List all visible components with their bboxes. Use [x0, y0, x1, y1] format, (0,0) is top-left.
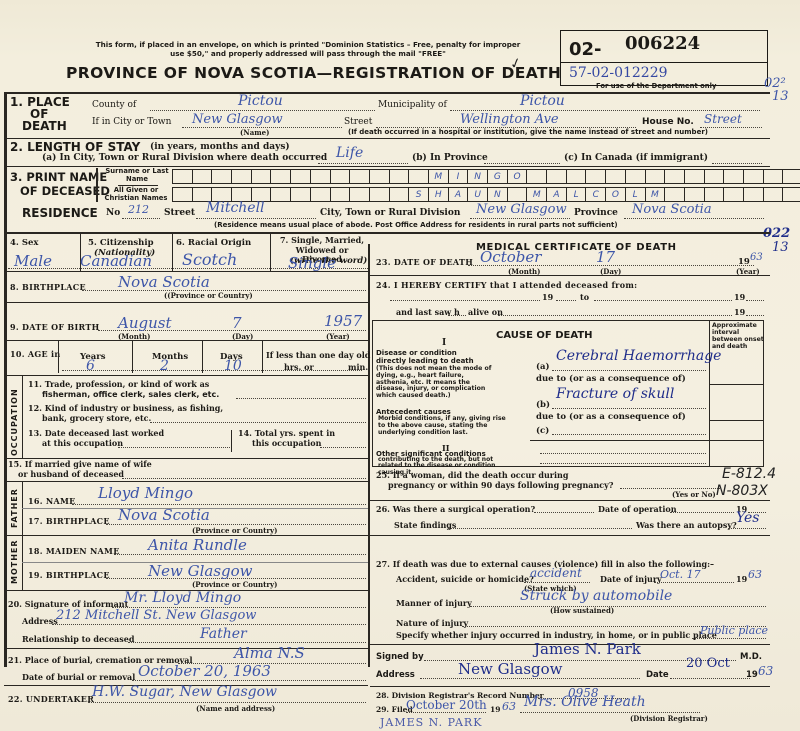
- q14-field[interactable]: [320, 447, 366, 448]
- given-name-letter-box[interactable]: [723, 187, 744, 202]
- due-to-1: due to (or as a consequence of): [536, 374, 686, 384]
- surname-letter-box[interactable]: [763, 169, 784, 184]
- autopsy-field[interactable]: [728, 528, 766, 529]
- hospital-note: (If death occurred in a hospital or inst…: [348, 128, 708, 136]
- filed-19: 19: [490, 705, 500, 714]
- residence-label: RESIDENCE: [22, 206, 98, 220]
- undertaker-value: H.W. Sugar, New Glasgow: [92, 684, 277, 700]
- marital-value: Single: [288, 254, 336, 272]
- given-name-letter-box[interactable]: [507, 187, 528, 202]
- informant-address-field[interactable]: [52, 624, 366, 625]
- house-label: House No.: [642, 117, 694, 127]
- name-caption: (Name): [240, 128, 269, 137]
- given-name-letter-box[interactable]: [763, 187, 784, 202]
- attended-from-year[interactable]: [556, 300, 576, 301]
- manner-value: Struck by automobile: [520, 588, 672, 604]
- less-than-day-label: If less than one day old: [266, 350, 370, 360]
- stay-canada-label: (c) In Canada (if immigrant): [564, 153, 708, 163]
- injury-19: 19: [736, 574, 747, 584]
- surname-letter-box[interactable]: [782, 169, 800, 184]
- stay-province-field[interactable]: [484, 163, 560, 164]
- given-name-letter-box[interactable]: [290, 187, 311, 202]
- surname-letter-box[interactable]: [270, 169, 291, 184]
- county-value: Pictou: [238, 93, 283, 109]
- given-name-letter-box[interactable]: M: [645, 187, 666, 202]
- stay-canada-field[interactable]: [712, 163, 762, 164]
- surname-letter-box[interactable]: G: [487, 169, 508, 184]
- attended-to-label: to: [580, 292, 589, 302]
- given-name-letter-box[interactable]: H: [428, 187, 449, 202]
- dod-day: 17: [596, 248, 615, 266]
- given-name-letter-box[interactable]: M: [526, 187, 547, 202]
- surname-letter-box[interactable]: [211, 169, 232, 184]
- undertaker-caption: (Name and address): [196, 704, 275, 713]
- burial-place-value: Alma N.S: [234, 644, 305, 662]
- specify-value: Public place: [700, 624, 768, 637]
- margin-code-mid2: 13: [772, 240, 789, 255]
- md-label: M.D.: [740, 652, 762, 662]
- citizenship-label: 5. Citizenship: [88, 238, 154, 248]
- burial-date-value: October 20, 1963: [138, 662, 271, 680]
- given-name-letter-box[interactable]: C: [585, 187, 606, 202]
- racial-origin-value: Scotch: [182, 250, 237, 269]
- mail-notice: This form, if placed in an envelope, on …: [58, 40, 558, 58]
- surname-letter-box[interactable]: [310, 169, 331, 184]
- street-value: Wellington Ave: [460, 112, 559, 127]
- surname-letter-box[interactable]: [566, 169, 587, 184]
- residence-no-field[interactable]: [122, 218, 160, 219]
- margin-code-top2: 13: [772, 89, 789, 104]
- death-registration-form: This form, if placed in an envelope, on …: [0, 0, 800, 731]
- age-months-value: 2: [160, 358, 169, 374]
- surname-letter-box[interactable]: [605, 169, 626, 184]
- filed-field[interactable]: [406, 712, 486, 713]
- burial-date-field[interactable]: [132, 680, 366, 681]
- cause-b-label: (b): [536, 400, 550, 410]
- yes-no-caption: (Yes or No): [672, 490, 716, 499]
- surname-label: Surname or Last Name: [104, 167, 170, 183]
- residence-note: (Residence means usual place of abode. P…: [214, 221, 618, 229]
- surname-boxes[interactable]: MINGO: [172, 169, 800, 184]
- section-length-of-stay: 2. LENGTH OF STAY: [10, 140, 140, 154]
- findings-field[interactable]: [448, 528, 632, 529]
- surname-letter-box[interactable]: [526, 169, 547, 184]
- informant-address-value: 212 Mitchell St. New Glasgow: [56, 608, 256, 623]
- residence-street-field[interactable]: [196, 218, 316, 219]
- father-side-label: FATHER: [10, 488, 19, 528]
- dod-month: October: [480, 248, 541, 266]
- interval-header: Approximate interval between onset and d…: [712, 322, 764, 350]
- given-names-boxes[interactable]: SHAUNMALCOLM: [172, 187, 800, 202]
- municipality-value: Pictou: [520, 93, 565, 109]
- given-name-letter-box[interactable]: [704, 187, 725, 202]
- cause-title: CAUSE OF DEATH: [496, 330, 593, 341]
- mother-birthplace-value: New Glasgow: [148, 562, 253, 580]
- given-name-letter-box[interactable]: [330, 187, 351, 202]
- cause-c-label: (c): [536, 426, 549, 436]
- autopsy-label: Was there an autopsy?: [636, 520, 737, 530]
- surname-letter-box[interactable]: [330, 169, 351, 184]
- given-name-letter-box[interactable]: S: [408, 187, 429, 202]
- given-name-letter-box[interactable]: A: [546, 187, 567, 202]
- given-name-letter-box[interactable]: A: [448, 187, 469, 202]
- injury-year: 63: [748, 568, 762, 581]
- relationship-label: Relationship to deceased: [22, 634, 134, 644]
- given-name-letter-box[interactable]: [664, 187, 685, 202]
- attended-from-19: 19: [542, 292, 553, 302]
- accident-field[interactable]: [524, 582, 590, 583]
- age-label: 10. AGE in: [10, 349, 60, 359]
- undertaker-field[interactable]: [88, 702, 366, 703]
- q12-label: 12. Kind of industry or business, as fis…: [28, 404, 223, 423]
- surname-letter-box[interactable]: N: [467, 169, 488, 184]
- maiden-name-field[interactable]: [114, 554, 366, 555]
- surname-letter-box[interactable]: [664, 169, 685, 184]
- manner-label: Manner of injury: [396, 598, 472, 608]
- icd-code-n: N-803X: [716, 483, 768, 499]
- age-days-value: 10: [224, 358, 242, 374]
- q14-label: 14. Total yrs. spent in this occupation: [238, 429, 335, 448]
- icd-code-e: E-812.4: [722, 466, 776, 482]
- city-label: If in City or Town: [92, 117, 171, 127]
- cert-address-value: New Glasgow: [458, 660, 563, 678]
- surname-letter-box[interactable]: [743, 169, 764, 184]
- father-birthplace-field[interactable]: [106, 524, 366, 525]
- given-name-letter-box[interactable]: U: [467, 187, 488, 202]
- surname-letter-box[interactable]: [251, 169, 272, 184]
- residence-street-label: Street: [164, 208, 195, 218]
- mail-notice-line1: This form, if placed in an envelope, on …: [58, 40, 558, 49]
- maiden-name-value: Anita Rundle: [148, 536, 247, 554]
- other-conditions-field-1[interactable]: [540, 453, 706, 454]
- birthplace-caption: ((Province or Country): [164, 291, 253, 300]
- citizenship-value: Canadian: [80, 252, 152, 270]
- dept-use-label: For use of the Department only: [596, 82, 716, 90]
- surname-letter-box[interactable]: M: [428, 169, 449, 184]
- given-name-letter-box[interactable]: [270, 187, 291, 202]
- maiden-name-label: 18. MAIDEN NAME: [28, 546, 120, 556]
- q25-label: 25. If a woman, did the death occur duri…: [376, 470, 614, 490]
- specify-label: Specify whether injury occurred in indus…: [396, 630, 717, 640]
- reg-prefix: 02-: [569, 39, 602, 60]
- spouse-field[interactable]: [122, 478, 366, 479]
- attended-to-year[interactable]: [746, 300, 764, 301]
- mother-birthplace-caption: (Province or Country): [192, 580, 277, 589]
- op-date-field[interactable]: [670, 512, 734, 513]
- last-saw-pronoun[interactable]: [448, 315, 466, 316]
- residence-province-field[interactable]: [624, 218, 764, 219]
- house-field[interactable]: [700, 127, 762, 128]
- registrar-value: Mrs. Olive Heath: [524, 694, 646, 710]
- q13-field[interactable]: [118, 447, 230, 448]
- mother-birthplace-label: 19. BIRTHPLACE: [28, 570, 110, 580]
- residence-no-label: No: [106, 208, 120, 218]
- stay-province-label: (b) In Province: [412, 153, 488, 163]
- surname-letter-box[interactable]: [625, 169, 646, 184]
- alive-on-field[interactable]: [498, 315, 732, 316]
- birthplace-value: Nova Scotia: [118, 273, 210, 291]
- father-name-label: 16. NAME: [28, 496, 76, 506]
- accident-label: Accident, suicide or homicide?: [396, 574, 534, 584]
- surname-letter-box[interactable]: O: [507, 169, 528, 184]
- filed-year: 63: [502, 700, 516, 713]
- printed-physician-name: JAMES N. PARK: [380, 716, 482, 729]
- cert-date-label: Date: [646, 670, 669, 680]
- section-place-of-death: 1. PLACEOFDEATH: [10, 96, 70, 132]
- cert-date-19: 19: [746, 670, 758, 680]
- surname-letter-box[interactable]: [172, 169, 193, 184]
- q11-label: 11. Trade, profession, or kind of work a…: [28, 380, 219, 399]
- registrar-field[interactable]: [520, 712, 700, 713]
- occupation-side-label: OCCUPATION: [10, 386, 19, 456]
- residence-city-value: New Glasgow: [476, 202, 567, 217]
- father-birthplace-value: Nova Scotia: [118, 506, 210, 524]
- father-birthplace-label: 17. BIRTHPLACE: [28, 516, 110, 526]
- given-name-letter-box[interactable]: O: [605, 187, 626, 202]
- municipality-label: Municipality of: [378, 100, 447, 110]
- surname-letter-box[interactable]: [704, 169, 725, 184]
- op-date-label: Date of operation: [598, 504, 677, 514]
- dod-year-prefix: 19: [738, 257, 750, 267]
- registrar-caption: (Division Registrar): [630, 714, 708, 723]
- part-one-label: I: [442, 338, 446, 348]
- residence-province-label: Province: [574, 208, 618, 218]
- surname-letter-box[interactable]: [192, 169, 213, 184]
- age-years-value: 6: [86, 358, 95, 374]
- reg-number: 006224: [625, 33, 700, 54]
- birthplace-label: 8. BIRTHPLACE: [10, 282, 86, 292]
- attended-to-field[interactable]: [594, 300, 732, 301]
- alive-on-year[interactable]: [746, 315, 764, 316]
- surname-letter-box[interactable]: [723, 169, 744, 184]
- undertaker-label: 22. UNDERTAKER: [8, 694, 94, 704]
- burial-date-label: Date of burial or removal: [22, 672, 135, 682]
- given-name-letter-box[interactable]: [369, 187, 390, 202]
- municipality-field[interactable]: [450, 110, 760, 111]
- filed-value: October 20th: [406, 698, 487, 712]
- residence-street-value: Mitchell: [206, 200, 265, 216]
- stay-city-label: (a) In City, Town or Rural Division wher…: [42, 153, 327, 163]
- how-sustained-caption: (How sustained): [550, 606, 614, 615]
- county-label: County of: [92, 100, 136, 110]
- attended-from-field[interactable]: [390, 300, 540, 301]
- surname-letter-box[interactable]: [290, 169, 311, 184]
- given-name-letter-box[interactable]: [743, 187, 764, 202]
- cert-date-field[interactable]: [670, 678, 750, 679]
- relationship-value: Father: [200, 626, 247, 642]
- injury-date-label: Date of injury: [600, 574, 662, 584]
- surgical-operation-field[interactable]: [534, 512, 594, 513]
- cause-a-label: (a): [536, 362, 550, 372]
- given-name-letter-box[interactable]: L: [625, 187, 646, 202]
- certify-label: 24. I HEREBY CERTIFY that I attended dec…: [376, 280, 637, 290]
- cause-b-field[interactable]: [552, 408, 706, 409]
- cause-b-value: Fracture of skull: [556, 386, 674, 402]
- dod-year: 63: [750, 252, 763, 263]
- given-names-label: All Given or Christian Names: [100, 186, 172, 202]
- surname-letter-box[interactable]: [684, 169, 705, 184]
- injury-date-value: Oct. 17: [660, 568, 701, 581]
- registration-number-box: 02- 006224 57-02-012229: [560, 30, 768, 86]
- dob-day: 7: [232, 314, 242, 332]
- given-name-letter-box[interactable]: L: [566, 187, 587, 202]
- q13-label: 13. Date deceased last worked at this oc…: [28, 429, 164, 448]
- surname-letter-box[interactable]: [231, 169, 252, 184]
- relationship-field[interactable]: [128, 642, 366, 643]
- due-to-2: due to (or as a consequence of): [536, 412, 686, 422]
- injury-date-field[interactable]: [654, 582, 734, 583]
- stay-city-value: Life: [336, 145, 363, 161]
- reg-handwritten-number: 57-02-012229: [569, 65, 668, 81]
- cert-address-label: Address: [376, 670, 415, 680]
- stay-city-field[interactable]: [318, 163, 408, 164]
- column-divider: [368, 244, 370, 667]
- sex-value: Male: [14, 252, 52, 270]
- surname-letter-box[interactable]: [546, 169, 567, 184]
- cert-date-year: 63: [758, 664, 773, 678]
- father-name-field[interactable]: [72, 504, 366, 505]
- mother-side-label: MOTHER: [10, 540, 19, 584]
- county-field[interactable]: [150, 110, 375, 111]
- other-conditions-field-2[interactable]: [540, 463, 706, 464]
- cause-c-field[interactable]: [552, 434, 706, 435]
- given-name-letter-box[interactable]: [349, 187, 370, 202]
- dob-label: 9. DATE OF BIRTH: [10, 322, 99, 332]
- father-birthplace-caption: (Province or Country): [192, 526, 277, 535]
- dod-label: 23. DATE OF DEATH: [376, 257, 473, 267]
- form-title: PROVINCE OF NOVA SCOTIA—REGISTRATION OF …: [66, 64, 561, 82]
- residence-city-label: City, Town or Rural Division: [320, 208, 460, 218]
- min-label: min.: [348, 362, 368, 372]
- cause-a-field[interactable]: [552, 370, 706, 371]
- given-name-letter-box[interactable]: [389, 187, 410, 202]
- q11-field[interactable]: [236, 398, 366, 399]
- residence-no-value: 212: [128, 203, 149, 216]
- given-name-letter-box[interactable]: [310, 187, 331, 202]
- informant-signature-value: Mr. Lloyd Mingo: [124, 590, 241, 606]
- surname-letter-box[interactable]: [389, 169, 410, 184]
- length-of-stay-hint: (in years, months and days): [150, 142, 290, 152]
- given-name-letter-box[interactable]: [782, 187, 800, 202]
- manner-field[interactable]: [470, 606, 766, 607]
- disease-label: Disease or condition directly leading to…: [376, 350, 476, 365]
- residence-city-field[interactable]: [470, 218, 570, 219]
- cert-address-field[interactable]: [420, 678, 640, 679]
- months-label: Months: [152, 352, 188, 362]
- cause-a-value: Cerebral Haemorrhage: [556, 348, 721, 364]
- attended-to-19: 19: [734, 292, 745, 302]
- dob-month: August: [118, 314, 171, 332]
- given-name-letter-box[interactable]: [172, 187, 193, 202]
- q15-label: 15. If married give name of wife or husb…: [8, 460, 152, 479]
- q25-field[interactable]: [620, 488, 720, 489]
- signed-by-label: Signed by: [376, 652, 424, 662]
- sex-label: 4. Sex: [10, 238, 38, 248]
- dob-year: 1957: [324, 312, 362, 330]
- surname-letter-box[interactable]: [645, 169, 666, 184]
- cert-date-value: 20 Oct: [686, 656, 730, 671]
- q12-field[interactable]: [150, 422, 366, 423]
- surname-letter-box[interactable]: I: [448, 169, 469, 184]
- autopsy-value: Yes: [736, 510, 760, 526]
- section-name-of-deceased: 3. PRINT NAMEOF DECEASED: [10, 170, 110, 198]
- hrs-label: hrs. or: [284, 362, 314, 372]
- nature-label: Nature of injury: [396, 618, 468, 628]
- q26-label: 26. Was there a surgical operation?: [376, 504, 535, 514]
- antecedent-note: Morbid conditions, if any, giving rise t…: [378, 416, 506, 436]
- surname-letter-box[interactable]: [585, 169, 606, 184]
- surname-letter-box[interactable]: [349, 169, 370, 184]
- house-value: Street: [704, 112, 742, 126]
- specify-field[interactable]: [692, 638, 766, 639]
- disease-note: (This does not mean the mode of dying, e…: [376, 366, 494, 400]
- city-value: New Glasgow: [192, 112, 283, 127]
- surname-letter-box[interactable]: [408, 169, 429, 184]
- signed-by-value: James N. Park: [534, 640, 641, 658]
- given-name-letter-box[interactable]: [684, 187, 705, 202]
- given-name-letter-box[interactable]: N: [487, 187, 508, 202]
- surname-letter-box[interactable]: [369, 169, 390, 184]
- street-label: Street: [344, 117, 372, 127]
- mail-notice-line2: use $50," and properly addressed will pa…: [58, 49, 558, 58]
- racial-origin-label: 6. Racial Origin: [176, 238, 251, 248]
- residence-province-value: Nova Scotia: [632, 202, 712, 217]
- alive-on-19: 19: [734, 307, 745, 317]
- accident-value: accident: [530, 566, 582, 580]
- father-name-value: Lloyd Mingo: [98, 484, 193, 502]
